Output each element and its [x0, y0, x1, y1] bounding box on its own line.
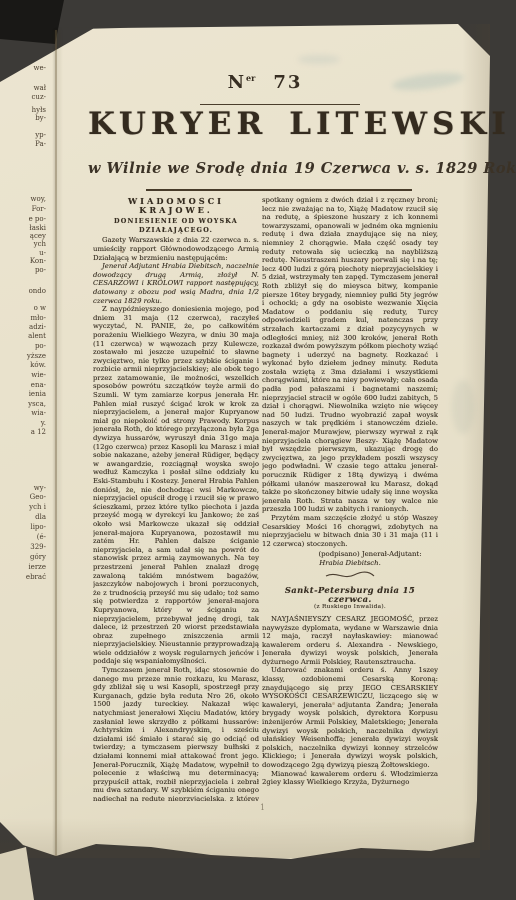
newspaper-scan-page: { "colors":{ "background":"#3c3a37", "pa…	[0, 0, 516, 900]
margin-text-fragment: łaski	[0, 224, 46, 232]
right-paragraph: Udarować znakami orderu ś. Anny 1szey kl…	[262, 666, 438, 769]
margin-text-fragment: (é-	[0, 533, 46, 541]
margin-text-fragment: dla	[0, 513, 46, 521]
margin-text-fragment: po-	[0, 342, 46, 350]
margin-text-fragment: we-	[0, 64, 46, 72]
newspaper-page: Ner73 KURYERLITEWSKI w Wilnie we Srodę d…	[88, 0, 442, 900]
right-paragraph: NAYJAŚNIEYSZY CESARZ JEGOMOŚĆ, przez nay…	[262, 615, 438, 667]
section-heading-wiadomosci-krajowe: WIADOMOŚCI KRAJOWE.	[93, 197, 259, 214]
margin-text-fragment: ącey	[0, 232, 46, 240]
section-source-note: (z Ruskiego Inwalida).	[262, 603, 438, 612]
rule-under-issue-number	[200, 104, 360, 105]
margin-text-fragment: ienia	[0, 390, 46, 398]
margin-text-fragment: woy,	[0, 195, 46, 203]
issue-number-line: Ner73	[88, 72, 442, 93]
margin-text-fragment: ków.	[0, 361, 46, 369]
left-column: WIADOMOŚCI KRAJOWE. DONIESIENIE OD WOYSK…	[93, 197, 259, 801]
margin-text-fragment: ena-	[0, 381, 46, 389]
margin-text-fragment: yp-	[0, 131, 46, 139]
section-divider-flourish	[262, 571, 438, 583]
margin-text-fragment: wia-	[0, 409, 46, 417]
dateline: w Wilnie we Srodę dnia 19 Czerwca v. s. …	[88, 160, 442, 177]
margin-text-fragment: a 12	[0, 428, 46, 436]
margin-text-fragment: u-	[0, 249, 46, 257]
margin-text-fragment: wie-	[0, 371, 46, 379]
binding-fold-line	[55, 30, 57, 856]
right-paragraph: Przytém mam szczęście złożyć u stóp Wasz…	[262, 514, 438, 548]
margin-text-fragment: lipo-	[0, 523, 46, 531]
margin-text-fragment: ebrać	[0, 573, 46, 581]
margin-text-fragment: Kon-	[0, 257, 46, 265]
issue-prefix: N	[228, 72, 246, 93]
margin-text-fragment: po-	[0, 266, 46, 274]
signature-line: (podpisano) Jenerał-Adjutant:	[262, 550, 438, 559]
issue-superscript: er	[246, 73, 255, 83]
margin-text-fragment: hyłs	[0, 106, 46, 114]
margin-text-fragment: cuz-	[0, 93, 46, 101]
margin-text-fragment: ierze	[0, 563, 46, 571]
margin-text-fragment: wy-	[0, 484, 46, 492]
margin-text-fragment: ondo	[0, 287, 46, 295]
rule-under-dateline	[146, 189, 412, 191]
margin-text-fragment: o w	[0, 304, 46, 312]
margin-text-fragment: For-	[0, 205, 46, 213]
margin-text-fragment: ych	[0, 240, 46, 248]
margin-text-fragment: e po-	[0, 215, 46, 223]
stray-ink-mark: 1	[260, 803, 265, 812]
newspaper-title: KURYERLITEWSKI	[88, 106, 442, 142]
left-paragraph: Tymczasem jenerał Roth, idąc stosownie d…	[93, 666, 259, 801]
left-paragraph: Z naypóźnieyszego doniesienia mojego, po…	[93, 305, 259, 666]
margin-text-fragment: yższe	[0, 352, 46, 360]
margin-text-fragment: Geo-	[0, 493, 46, 501]
margin-text-fragment: mło-	[0, 314, 46, 322]
margin-text-fragment: y.	[0, 419, 46, 427]
margin-text-fragment: alent	[0, 332, 46, 340]
margin-text-fragment: by-	[0, 114, 46, 122]
margin-text-fragment: 329-	[0, 543, 46, 551]
signature-name: Hrabia Diebitsch.	[262, 559, 438, 568]
left-paragraph: Gazety Warszawskie z dnia 22 czerwca n. …	[93, 236, 259, 262]
left-paragraph-italic: Jenerał Adjutant Hrabia Diebitsch, nacze…	[93, 262, 259, 305]
section-heading-sankt-petersburg: Sankt-Petersburg dnia 15 czerwca.	[262, 586, 438, 603]
margin-text-fragment: ych i	[0, 503, 46, 511]
title-word-1: KURYER	[88, 106, 267, 142]
paper-right-edge-shadow	[462, 24, 490, 850]
previous-page-text-fragments: we-wałcuz-hyłsby-yp-Pa-woy,For-e po-łask…	[0, 0, 50, 900]
margin-text-fragment: adzi-	[0, 323, 46, 331]
right-column: spotkany ogniem z dwóch dział i z ręczne…	[262, 196, 438, 802]
margin-text-fragment: wał	[0, 84, 46, 92]
margin-text-fragment: ysca,	[0, 400, 46, 408]
sub-heading-doniesienie: DONIESIENIE OD WOYSKA DZIAŁAJĄCEGO.	[93, 217, 259, 234]
right-paragraph: spotkany ogniem z dwóch dział i z ręczne…	[262, 196, 438, 514]
margin-text-fragment: Pa-	[0, 140, 46, 148]
title-word-2: LITEWSKI	[289, 106, 511, 142]
right-paragraph: Mianować kawalerem orderu ś. Włodzimierz…	[262, 770, 438, 787]
paper-stain	[452, 380, 474, 434]
margin-text-fragment: góry	[0, 553, 46, 561]
issue-number: 73	[273, 72, 302, 93]
